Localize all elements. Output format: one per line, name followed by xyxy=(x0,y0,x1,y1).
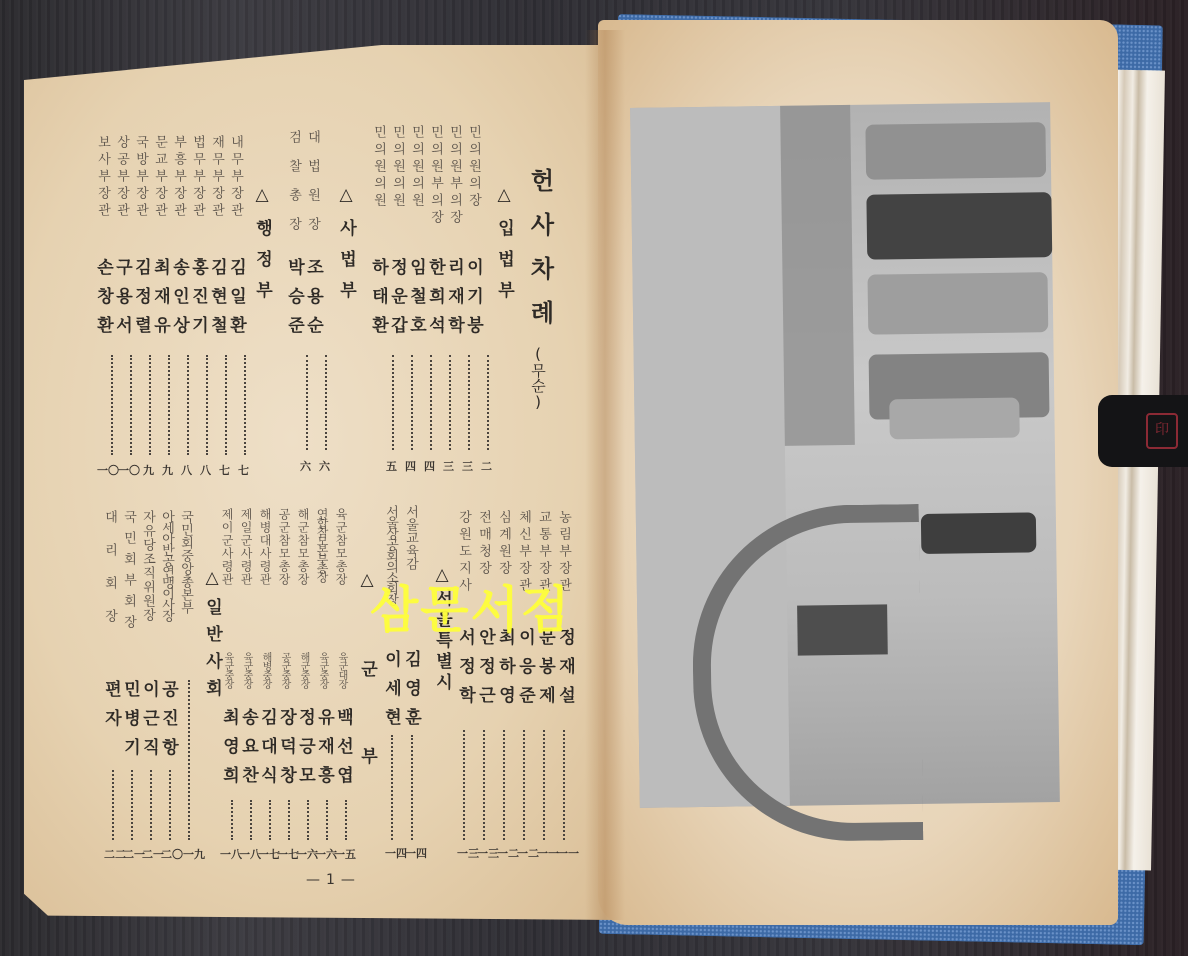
entry-role: 내무부장관 xyxy=(228,135,242,220)
leader-dots xyxy=(392,355,396,450)
folio-page-number: —1— xyxy=(306,872,361,888)
leader-dots xyxy=(391,735,395,840)
halftone-photograph xyxy=(630,102,1060,808)
entry-name: 장덕창 xyxy=(277,708,295,795)
leader-dots xyxy=(325,355,329,450)
leader-dots xyxy=(250,800,254,840)
entry-name: 이근직 xyxy=(140,680,158,767)
leader-dots xyxy=(188,680,192,840)
leader-dots xyxy=(468,355,472,450)
entry-name: 송인상 xyxy=(170,258,188,345)
page-number: 一二 xyxy=(497,845,519,861)
entry-role: 육군참모총장 xyxy=(334,508,348,586)
entry-role: 국방부장관 xyxy=(133,135,147,220)
page-number: 六 xyxy=(319,458,330,474)
entry-name: 김영훈 xyxy=(402,650,420,737)
entry-name: 최재유 xyxy=(151,258,169,345)
page-number: 三 xyxy=(462,458,473,474)
leader-dots xyxy=(150,770,154,840)
seal-icon: 印 xyxy=(1146,413,1178,449)
page-number: 一六 xyxy=(315,846,337,862)
page-number: 一七 xyxy=(277,846,299,862)
entry-name: 이기붕 xyxy=(464,258,482,345)
leader-dots xyxy=(225,355,229,455)
entry-rank: 육군대장 xyxy=(336,652,347,688)
page-number: 二 xyxy=(481,458,492,474)
leader-dots xyxy=(543,730,547,840)
leader-dots xyxy=(112,770,116,840)
page-number: 一九 xyxy=(183,846,205,862)
toc-title-note: (무순) xyxy=(528,345,549,411)
leader-dots xyxy=(463,730,467,840)
entry-name: 박승준 xyxy=(285,258,303,345)
entry-rank: 공군중장 xyxy=(279,652,290,688)
entry-rank: 육군중장 xyxy=(317,652,328,688)
entry-name: 이세현 xyxy=(382,650,400,737)
entry-rank: 해군중장 xyxy=(298,652,309,688)
leader-dots xyxy=(169,770,173,840)
page-number: 九 xyxy=(162,462,173,478)
leader-dots xyxy=(483,730,487,840)
entry-role: 공군참모총장 xyxy=(277,508,291,586)
entry-role: 국민회중앙총본부 xyxy=(178,510,192,614)
entry-role: 심계원장 xyxy=(496,510,510,578)
seal-stamp-holder: 印 xyxy=(1098,395,1188,467)
entry-name: 백선엽 xyxy=(334,708,352,795)
page-number: 一八 xyxy=(239,846,261,862)
entry-role: 민의원부의장 xyxy=(428,125,442,227)
page-number: 一三 xyxy=(477,845,499,861)
page-number: 一四 xyxy=(385,845,407,861)
leader-dots xyxy=(449,355,453,450)
leader-dots xyxy=(411,355,415,450)
photo-figure xyxy=(866,192,1052,260)
leader-dots xyxy=(111,355,115,455)
entry-name: 송요찬 xyxy=(239,708,257,795)
page-number: 四 xyxy=(424,458,435,474)
leader-dots xyxy=(430,355,434,450)
entry-role: 대법원장 xyxy=(305,130,319,246)
leader-dots xyxy=(306,355,310,450)
entry-role: 아세아반공연맹이사장 xyxy=(159,510,173,620)
page-number: 八 xyxy=(181,462,192,478)
section-heading-society: △일반사회 xyxy=(200,568,225,706)
leader-dots xyxy=(487,355,491,450)
watermark-text: 삼문서점 xyxy=(370,570,571,642)
leader-dots xyxy=(149,355,153,455)
entry-role: 법무부장관 xyxy=(190,135,204,220)
entry-role: 연합참모본부총장 xyxy=(315,508,329,580)
page-number: 七 xyxy=(238,462,249,478)
leader-dots xyxy=(411,735,415,840)
page-number: 一〇 xyxy=(97,462,119,478)
entry-role: 대리회장 xyxy=(102,510,116,642)
page-number: 八 xyxy=(200,462,211,478)
entry-name: 홍진기 xyxy=(189,258,207,345)
leader-dots xyxy=(269,800,273,840)
page-number: 二一 xyxy=(123,846,145,862)
photo-figure xyxy=(865,122,1046,180)
page-number: 一五 xyxy=(334,846,356,862)
section-heading-judiciary: △사법부 xyxy=(334,185,359,312)
leader-dots xyxy=(187,355,191,455)
entry-rank: 해병중장 xyxy=(260,652,271,688)
book-gutter xyxy=(585,30,625,920)
entry-name: 김정렬 xyxy=(132,258,150,345)
leader-dots xyxy=(523,730,527,840)
leader-dots xyxy=(307,800,311,840)
leader-dots xyxy=(131,770,135,840)
page-number: 九 xyxy=(143,462,154,478)
entry-role: 서울교육감 xyxy=(403,505,417,570)
page-number: 一六 xyxy=(296,846,318,862)
entry-name: 김일환 xyxy=(227,258,245,345)
leader-dots xyxy=(231,800,235,840)
page-number: 一四 xyxy=(405,845,427,861)
entry-name: 공진항 xyxy=(159,680,177,767)
leader-dots xyxy=(244,355,248,455)
entry-role: 검찰총장 xyxy=(286,130,300,246)
page-number: 七 xyxy=(219,462,230,478)
entry-role: 민의원의원 xyxy=(371,125,385,210)
leader-dots xyxy=(503,730,507,840)
entry-role: 민의원의장 xyxy=(466,125,480,210)
entry-role: 제일군사령관 xyxy=(239,508,253,586)
entry-role: 전매청장 xyxy=(476,510,490,578)
entry-name: 한희석 xyxy=(426,258,444,345)
leader-dots xyxy=(206,355,210,455)
toc-title: 헌사차례 xyxy=(523,168,558,344)
page-number: 三 xyxy=(443,458,454,474)
page-number: 一〇 xyxy=(118,462,140,478)
page-number: 一八 xyxy=(220,846,242,862)
entry-role: 해군참모총장 xyxy=(296,508,310,586)
entry-name: 정긍모 xyxy=(296,708,314,795)
leader-dots xyxy=(130,355,134,455)
entry-name: 하태환 xyxy=(369,258,387,345)
page-number: 四 xyxy=(405,458,416,474)
entry-name: 구용서 xyxy=(113,258,131,345)
entry-role: 자유당조직위원장 xyxy=(140,510,154,622)
leader-dots xyxy=(326,800,330,840)
page-number: 五 xyxy=(386,458,397,474)
photo-figure xyxy=(889,398,1020,440)
entry-role: 국민회부회장 xyxy=(121,510,135,636)
entry-name: 편자 xyxy=(102,680,120,738)
leader-dots xyxy=(345,800,349,840)
leader-dots xyxy=(168,355,172,455)
entry-role: 부흥부장관 xyxy=(171,135,185,220)
entry-name: 김현철 xyxy=(208,258,226,345)
entry-name: 최영희 xyxy=(220,708,238,795)
entry-name: 리재학 xyxy=(445,258,463,345)
entry-role: 보사부장관 xyxy=(95,135,109,220)
entry-role: 민의원의원 xyxy=(409,125,423,210)
page-number: 二〇 xyxy=(161,846,183,862)
entry-role: 민의원의원 xyxy=(390,125,404,210)
page-number: 一七 xyxy=(258,846,280,862)
entry-role: 민의원부의장 xyxy=(447,125,461,227)
page-number: 一一 xyxy=(557,845,579,861)
photo-trees xyxy=(780,105,855,446)
entry-name: 김대식 xyxy=(258,708,276,795)
section-heading-legislature: △입법부 xyxy=(492,185,517,312)
entry-name: 손창환 xyxy=(94,258,112,345)
photo-plaque xyxy=(797,604,888,655)
entry-name: 민병기 xyxy=(121,680,139,767)
section-heading-executive: △행정부 xyxy=(250,185,275,312)
page-number: 二二 xyxy=(104,846,126,862)
entry-name: 유재흥 xyxy=(315,708,333,795)
page-number: 二一 xyxy=(142,846,164,862)
photo-figure xyxy=(867,272,1048,335)
entry-role: 상공부장관 xyxy=(114,135,128,220)
entry-role: 해병대사령관 xyxy=(258,508,272,586)
entry-rank: 육군중장 xyxy=(241,652,252,688)
entry-name: 임철호 xyxy=(407,258,425,345)
page-number: 一二 xyxy=(517,845,539,861)
page-number: 一一 xyxy=(537,845,559,861)
leader-dots xyxy=(563,730,567,840)
page-number: 六 xyxy=(300,458,311,474)
page-number: 一三 xyxy=(457,845,479,861)
photo-figure xyxy=(921,512,1037,554)
leader-dots xyxy=(288,800,292,840)
entry-role: 재무부장관 xyxy=(209,135,223,220)
entry-name: 정운갑 xyxy=(388,258,406,345)
entry-role: 문교부장관 xyxy=(152,135,166,220)
entry-name: 조용순 xyxy=(304,258,322,345)
